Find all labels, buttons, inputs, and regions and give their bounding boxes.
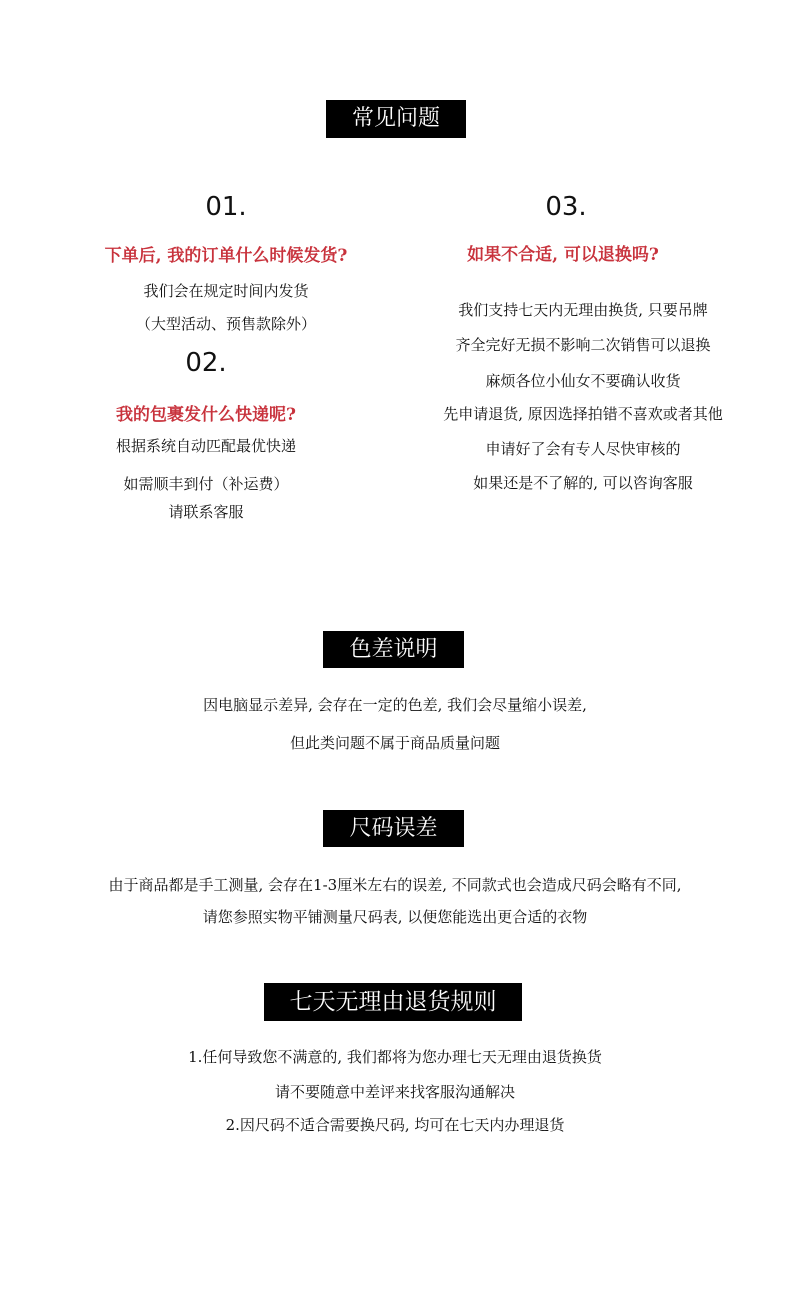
faq-question-03: 如果不合适, 可以退换吗? xyxy=(413,240,713,265)
faq-number-01: 01. xyxy=(176,192,276,222)
faq-answer-01-line-1: 我们会在规定时间内发货 xyxy=(76,280,376,301)
size-error-line-1: 由于商品都是手工测量, 会存在1-3厘米左右的误差, 不同款式也会造成尺码会略有… xyxy=(0,874,790,895)
faq-answer-03-line-3: 麻烦各位小仙女不要确认收货 xyxy=(413,370,753,391)
faq-answer-01-line-2: （大型活动、预售款除外） xyxy=(76,313,376,334)
faq-answer-03-line-6: 如果还是不了解的, 可以咨询客服 xyxy=(413,472,753,493)
faq-answer-02-line-1: 根据系统自动匹配最优快递 xyxy=(56,435,356,456)
color-diff-line-2: 但此类问题不属于商品质量问题 xyxy=(0,732,790,753)
size-error-banner: 尺码误差 xyxy=(323,810,464,847)
faq-answer-02-line-2: 如需顺丰到付（补运费） xyxy=(56,473,356,494)
faq-question-01: 下单后, 我的订单什么时候发货? xyxy=(76,241,376,266)
faq-answer-03-line-4: 先申请退货, 原因选择拍错不喜欢或者其他 xyxy=(413,403,753,424)
faq-number-03: 03. xyxy=(516,192,616,222)
color-diff-banner: 色差说明 xyxy=(323,631,464,668)
return-rules-line-3: 2.因尺码不适合需要换尺码, 均可在七天内办理退货 xyxy=(0,1114,790,1135)
size-error-line-2: 请您参照实物平铺测量尺码表, 以便您能选出更合适的衣物 xyxy=(0,906,790,927)
color-diff-line-1: 因电脑显示差异, 会存在一定的色差, 我们会尽量缩小误差, xyxy=(0,694,790,715)
return-rules-line-1: 1.任何导致您不满意的, 我们都将为您办理七天无理由退货换货 xyxy=(0,1046,790,1067)
faq-number-02: 02. xyxy=(156,348,256,378)
faq-answer-03-line-2: 齐全完好无损不影响二次销售可以退换 xyxy=(413,334,753,355)
faq-answer-03-line-5: 申请好了会有专人尽快审核的 xyxy=(413,438,753,459)
faq-banner: 常见问题 xyxy=(326,100,466,138)
return-rules-line-2: 请不要随意中差评来找客服沟通解决 xyxy=(0,1081,790,1102)
faq-answer-03-line-1: 我们支持七天内无理由换货, 只要吊牌 xyxy=(413,299,753,320)
faq-answer-02-line-3: 请联系客服 xyxy=(56,501,356,522)
return-rules-banner: 七天无理由退货规则 xyxy=(264,983,522,1021)
faq-question-02: 我的包裹发什么快递呢? xyxy=(56,400,356,425)
